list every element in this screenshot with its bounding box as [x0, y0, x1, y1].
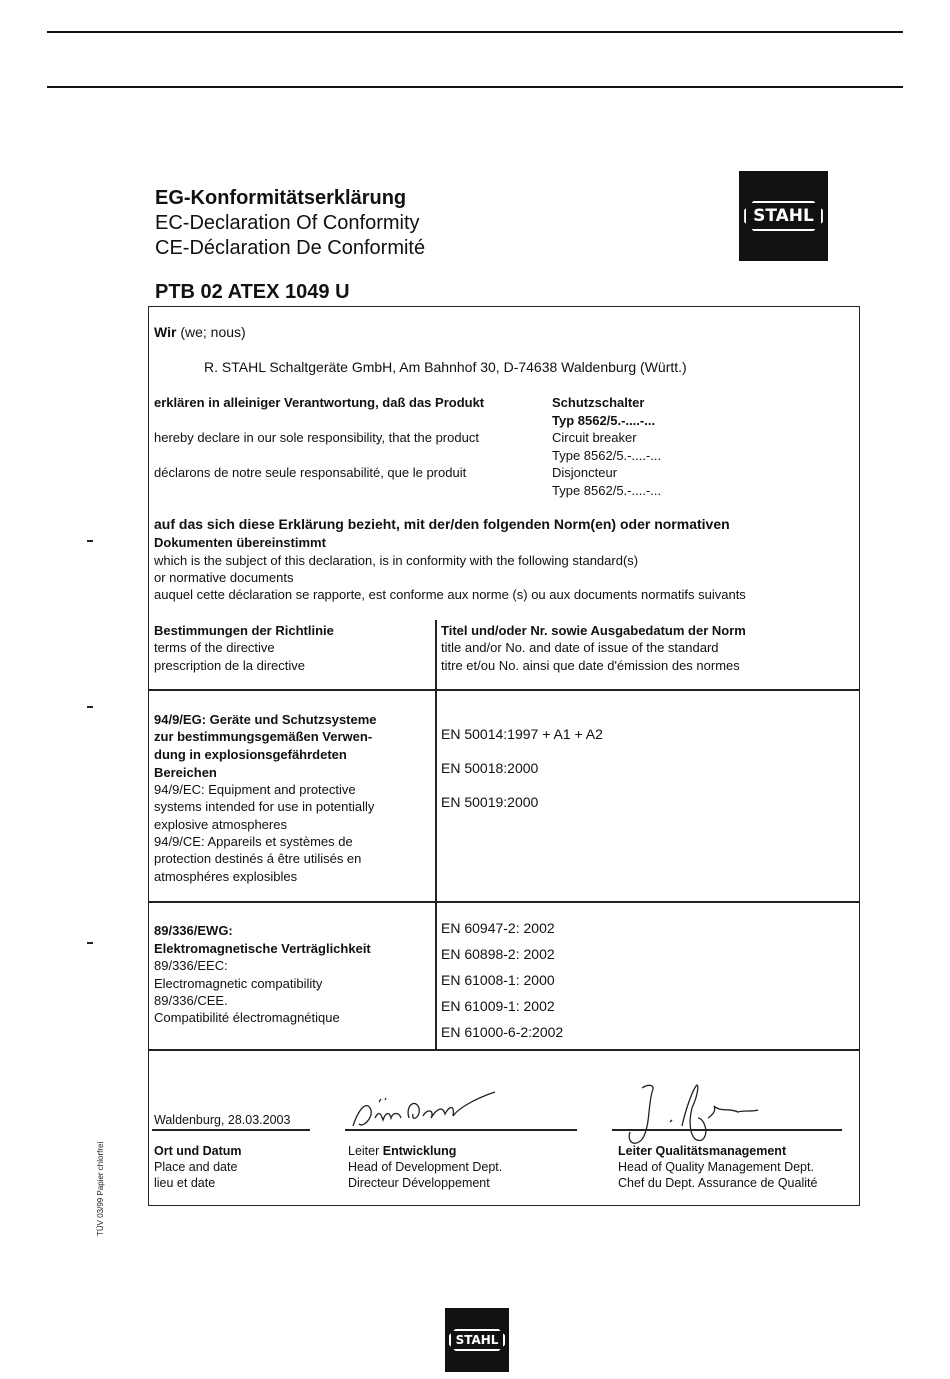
- place-date-line: [152, 1129, 310, 1131]
- place-date-label-fr: lieu et date: [154, 1175, 215, 1191]
- type-german: Typ 8562/5.-....-...: [552, 412, 655, 429]
- conformity-german-2: Dokumenten übereinstimmt: [154, 534, 326, 551]
- declare-french: déclarons de notre seule responsabilité,…: [154, 464, 466, 481]
- directive-atex-fr: atmosphéres explosibles: [154, 868, 297, 885]
- declare-english: hereby declare in our sole responsibilit…: [154, 429, 479, 446]
- paper-note: TÜV 03/99 Papier chlorfrei: [96, 1142, 105, 1236]
- table-header-divider: [148, 689, 860, 691]
- development-bold: Entwicklung: [383, 1144, 457, 1158]
- conformity-english-1: which is the subject of this declaration…: [154, 552, 638, 569]
- product-german: Schutzschalter: [552, 394, 644, 411]
- header-right-german: Titel und/oder Nr. sowie Ausgabedatum de…: [441, 622, 746, 639]
- standard-item: EN 60947-2: 2002: [441, 920, 555, 937]
- development-signature: [345, 1088, 505, 1133]
- title-german: EG-Konformitätserklärung: [155, 187, 406, 210]
- directive-atex-de: Bereichen: [154, 764, 217, 781]
- conformity-english-2: or normative documents: [154, 569, 293, 586]
- header-left-german: Bestimmungen der Richtlinie: [154, 622, 334, 639]
- stahl-logo: STAHL: [739, 171, 828, 261]
- table-column-divider: [435, 620, 437, 1050]
- development-title-en: Head of Development Dept.: [348, 1159, 502, 1175]
- place-date-label-de: Ort und Datum: [154, 1143, 242, 1159]
- standard-item: EN 50018:2000: [441, 760, 538, 777]
- margin-mark: [87, 540, 93, 542]
- directive-atex-en: explosive atmospheres: [154, 816, 287, 833]
- type-english: Type 8562/5.-....-...: [552, 447, 661, 464]
- conformity-german-1: auf das sich diese Erklärung bezieht, mi…: [154, 516, 730, 533]
- directive-emc-de: Elektromagnetische Verträglichkeit: [154, 940, 371, 957]
- standard-item: EN 61008-1: 2000: [441, 972, 555, 989]
- quality-title-en: Head of Quality Management Dept.: [618, 1159, 814, 1175]
- development-title-de: Leiter Entwicklung: [348, 1143, 456, 1159]
- title-french: CE-Déclaration De Conformité: [155, 237, 425, 260]
- directive-emc-en: Electromagnetic compatibility: [154, 975, 322, 992]
- company-address: R. STAHL Schaltgeräte GmbH, Am Bahnhof 3…: [204, 359, 687, 376]
- directive-emc-en: 89/336/EEC:: [154, 957, 228, 974]
- table-bottom-divider: [148, 1049, 860, 1051]
- top-rule-2: [47, 86, 903, 88]
- title-english: EC-Declaration Of Conformity: [155, 212, 420, 235]
- standard-item: EN 60898-2: 2002: [441, 946, 555, 963]
- header-right-english: title and/or No. and date of issue of th…: [441, 639, 719, 656]
- development-title-fr: Directeur Développement: [348, 1175, 490, 1191]
- declarant-intro: Wir (we; nous): [154, 324, 246, 341]
- standard-item: EN 61000-6-2:2002: [441, 1024, 563, 1041]
- directive-atex-en: 94/9/EC: Equipment and protective: [154, 781, 356, 798]
- intro-rest: (we; nous): [176, 324, 245, 340]
- place-date-value: Waldenburg, 28.03.2003: [154, 1112, 290, 1128]
- margin-mark: [87, 942, 93, 944]
- intro-bold: Wir: [154, 324, 176, 340]
- quality-title-de: Leiter Qualitätsmanagement: [618, 1143, 786, 1159]
- header-left-french: prescription de la directive: [154, 657, 305, 674]
- table-row-divider: [148, 901, 860, 903]
- standard-item: EN 50019:2000: [441, 794, 538, 811]
- margin-mark: [87, 706, 93, 708]
- stahl-logo-text: STAHL: [744, 201, 823, 231]
- directive-emc-fr: 89/336/CEE.: [154, 992, 228, 1009]
- directive-emc-fr: Compatibilité électromagnétique: [154, 1009, 340, 1026]
- footer-logo-text: STAHL: [449, 1329, 506, 1351]
- declare-german: erklären in alleiniger Verantwortung, da…: [154, 394, 484, 411]
- directive-atex-de: zur bestimmungsgemäßen Verwen-: [154, 728, 372, 745]
- directive-atex-fr: 94/9/CE: Appareils et systèmes de: [154, 833, 353, 850]
- type-french: Type 8562/5.-....-...: [552, 482, 661, 499]
- directive-atex-fr: protection destinés á être utilisés en: [154, 850, 361, 867]
- footer-stahl-logo: STAHL: [445, 1308, 509, 1372]
- directive-emc-de: 89/336/EWG:: [154, 922, 233, 939]
- quality-signature: [612, 1078, 772, 1153]
- place-date-label-en: Place and date: [154, 1159, 237, 1175]
- standard-item: EN 50014:1997 + A1 + A2: [441, 726, 603, 743]
- product-english: Circuit breaker: [552, 429, 637, 446]
- directive-atex-de: 94/9/EG: Geräte und Schutzsysteme: [154, 711, 377, 728]
- quality-title-fr: Chef du Dept. Assurance de Qualité: [618, 1175, 817, 1191]
- development-prefix: Leiter: [348, 1144, 383, 1158]
- certificate-number: PTB 02 ATEX 1049 U: [155, 281, 350, 304]
- top-rule-1: [47, 31, 903, 33]
- conformity-french: auquel cette déclaration se rapporte, es…: [154, 586, 746, 603]
- standard-item: EN 61009-1: 2002: [441, 998, 555, 1015]
- directive-atex-de: dung in explosionsgefährdeten: [154, 746, 347, 763]
- product-french: Disjoncteur: [552, 464, 617, 481]
- directive-atex-en: systems intended for use in potentially: [154, 798, 374, 815]
- header-right-french: titre et/ou No. ainsi que date d'émissio…: [441, 657, 740, 674]
- header-left-english: terms of the directive: [154, 639, 275, 656]
